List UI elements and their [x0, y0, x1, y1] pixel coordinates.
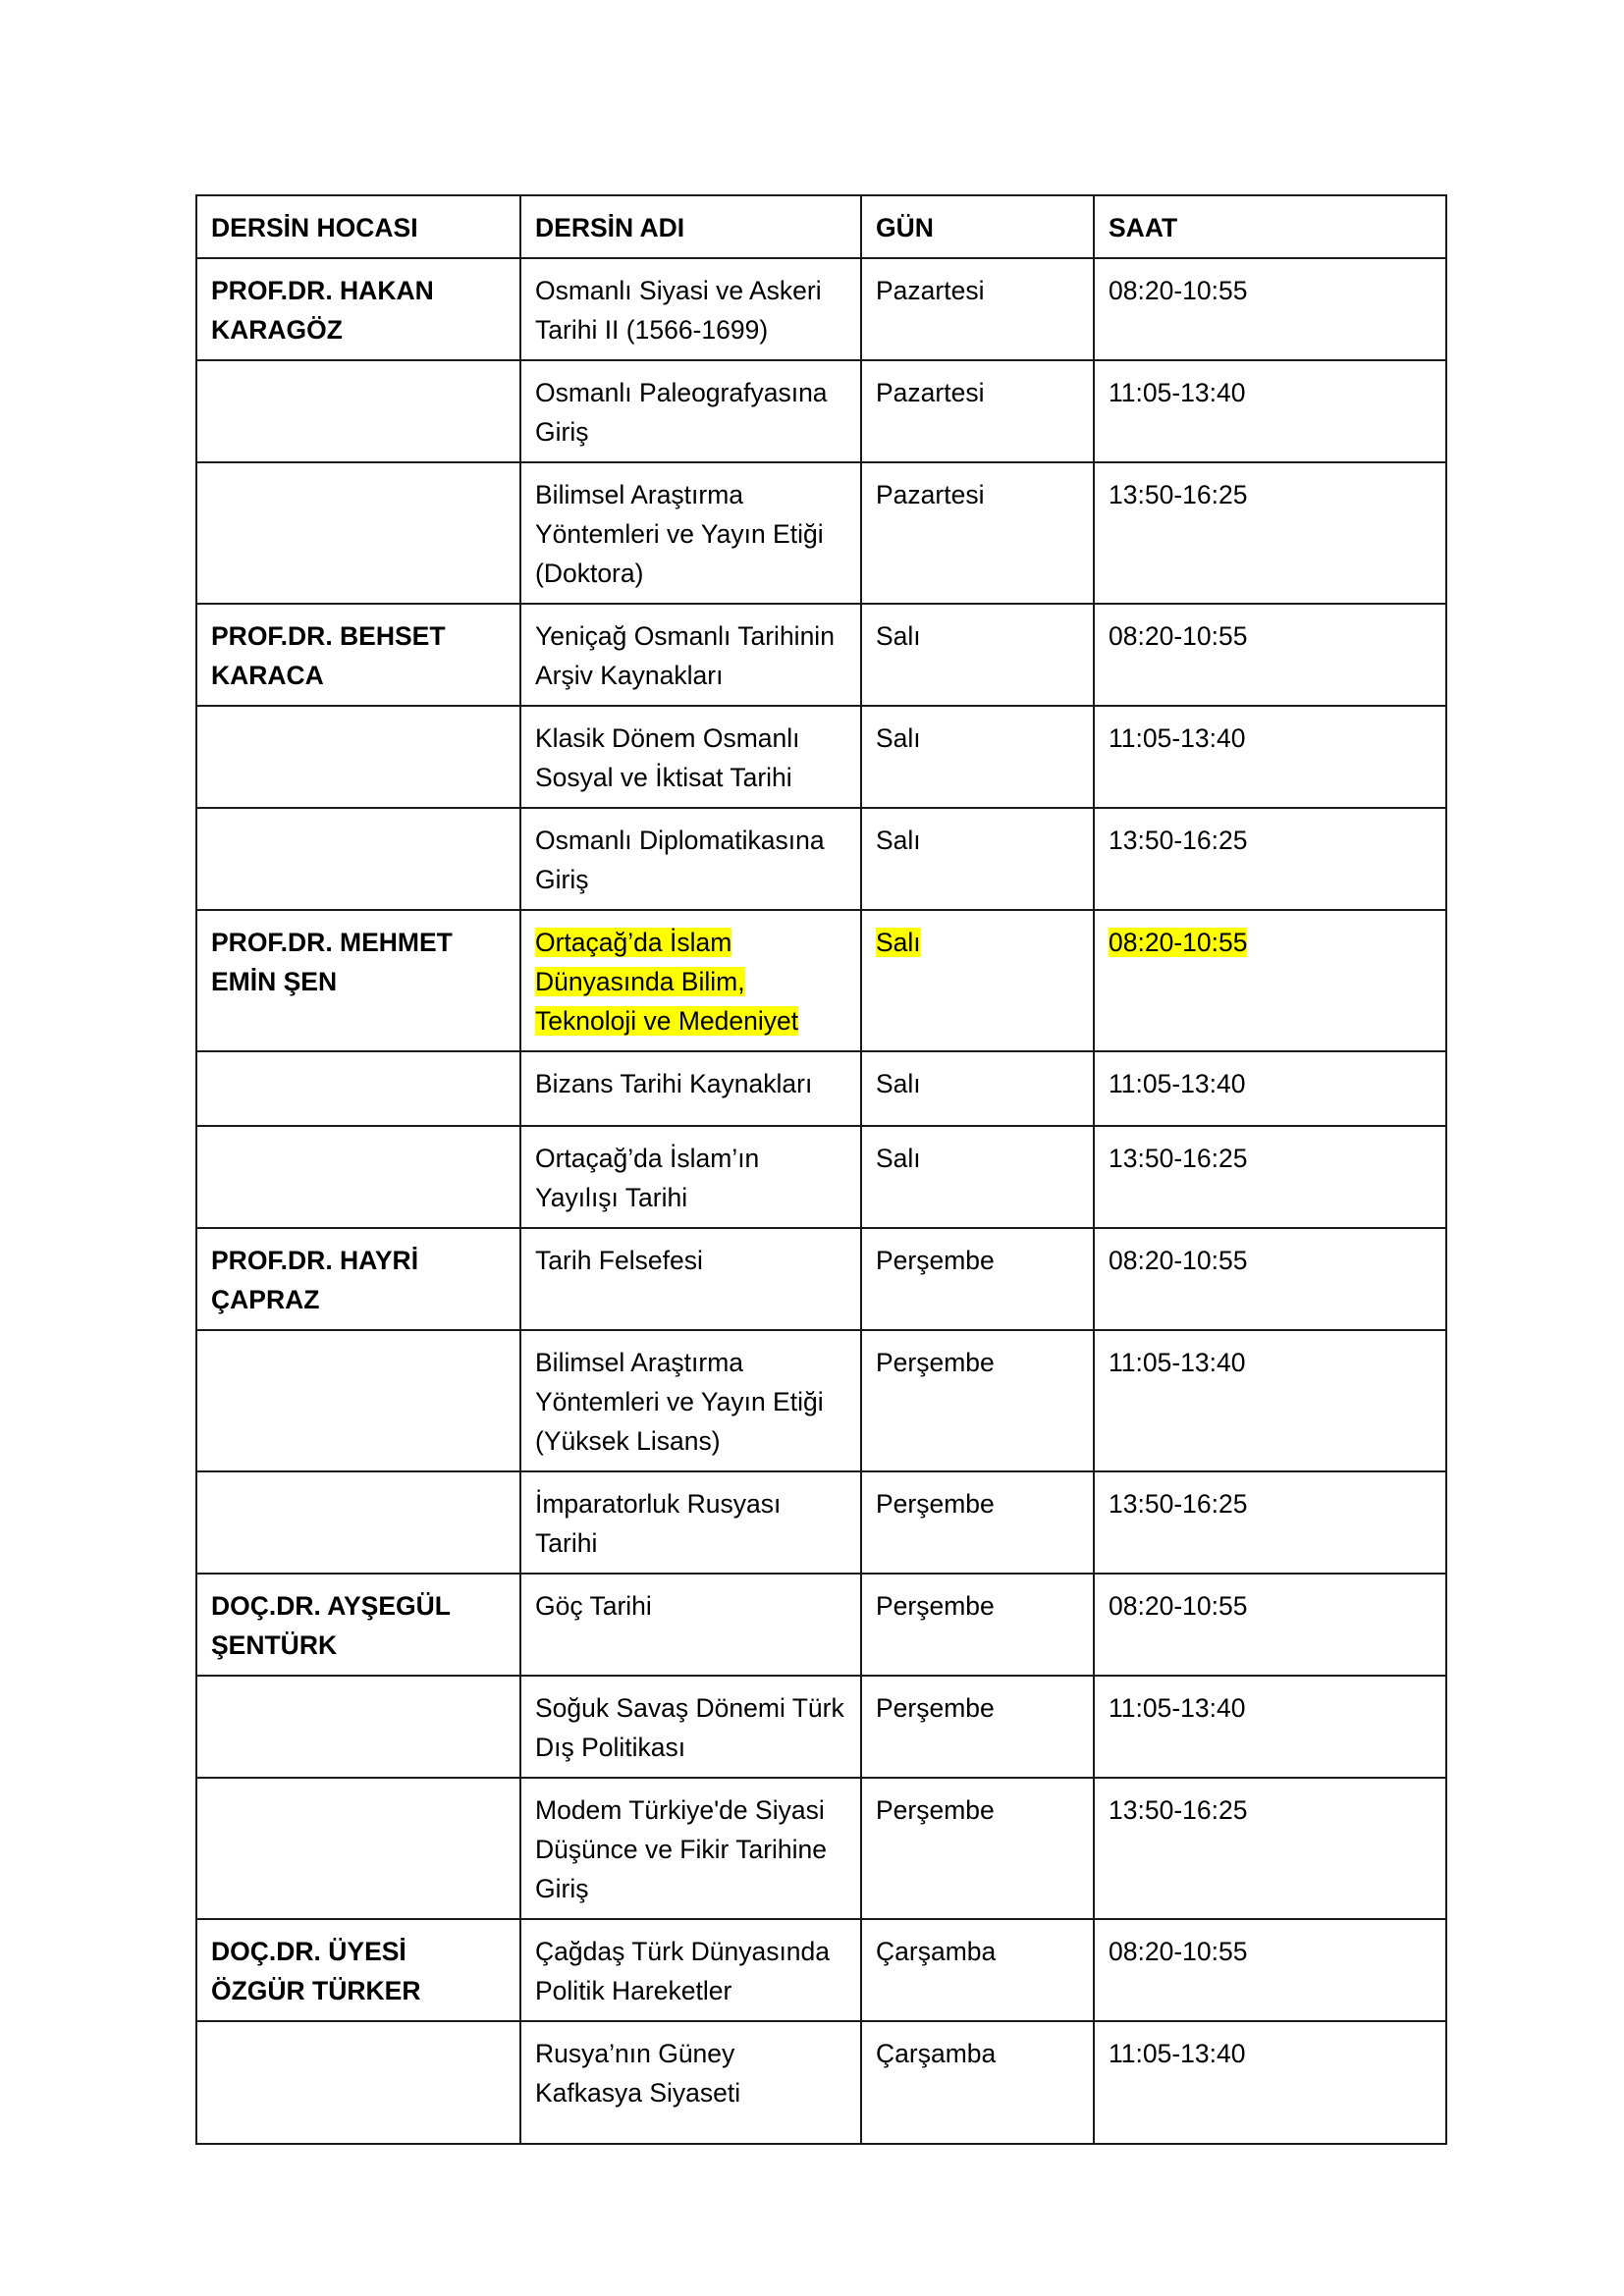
day-cell-text: Salı — [876, 1144, 921, 1173]
course-cell: Modem Türkiye'de Siyasi Düşünce ve Fikir… — [520, 1778, 861, 1919]
table-row: Bilimsel Araştırma Yöntemleri ve Yayın E… — [196, 462, 1446, 604]
time-cell-text: 11:05-13:40 — [1109, 1693, 1246, 1723]
day-cell: Salı — [861, 706, 1094, 808]
day-cell-text: Pazartesi — [876, 276, 984, 305]
instructor-cell — [196, 2021, 520, 2144]
course-cell: Osmanlı Paleografyasına Giriş — [520, 360, 861, 462]
day-cell-text: Çarşamba — [876, 2039, 996, 2068]
time-cell-text: 13:50-16:25 — [1109, 826, 1247, 855]
table-row: Modem Türkiye'de Siyasi Düşünce ve Fikir… — [196, 1778, 1446, 1919]
time-cell-text: 11:05-13:40 — [1109, 1348, 1246, 1377]
day-cell: Pazartesi — [861, 258, 1094, 360]
time-cell: 08:20-10:55 — [1094, 910, 1446, 1051]
instructor-cell-text: PROF.DR. HAYRİ ÇAPRAZ — [211, 1246, 418, 1314]
instructor-cell — [196, 808, 520, 910]
instructor-cell-text: DOÇ.DR. AYŞEGÜL ŞENTÜRK — [211, 1591, 450, 1660]
time-cell-text: 13:50-16:25 — [1109, 1795, 1247, 1825]
day-cell: Perşembe — [861, 1676, 1094, 1778]
day-cell: Çarşamba — [861, 1919, 1094, 2021]
day-cell: Perşembe — [861, 1228, 1094, 1330]
time-cell: 08:20-10:55 — [1094, 1574, 1446, 1676]
day-cell: Perşembe — [861, 1574, 1094, 1676]
day-cell-text: Perşembe — [876, 1591, 995, 1621]
table-row: Soğuk Savaş Dönemi Türk Dış PolitikasıPe… — [196, 1676, 1446, 1778]
instructor-cell-text: DOÇ.DR. ÜYESİ ÖZGÜR TÜRKER — [211, 1937, 420, 2005]
table-row: PROF.DR. HAYRİ ÇAPRAZTarih FelsefesiPerş… — [196, 1228, 1446, 1330]
course-cell-text: Soğuk Savaş Dönemi Türk Dış Politikası — [535, 1693, 844, 1762]
course-cell-text: Ortaçağ’da İslam’ın Yayılışı Tarihi — [535, 1144, 759, 1212]
table-row: Bizans Tarihi KaynaklarıSalı11:05-13:40 — [196, 1051, 1446, 1126]
day-cell-text: Perşembe — [876, 1693, 995, 1723]
day-cell-text: Perşembe — [876, 1795, 995, 1825]
course-cell-text: Bilimsel Araştırma Yöntemleri ve Yayın E… — [535, 480, 824, 588]
time-cell: 11:05-13:40 — [1094, 1051, 1446, 1126]
table-row: Osmanlı Paleografyasına GirişPazartesi11… — [196, 360, 1446, 462]
instructor-cell: PROF.DR. HAYRİ ÇAPRAZ — [196, 1228, 520, 1330]
course-cell: Çağdaş Türk Dünyasında Politik Hareketle… — [520, 1919, 861, 2021]
instructor-cell: PROF.DR. BEHSET KARACA — [196, 604, 520, 706]
course-cell: Osmanlı Diplomatikasına Giriş — [520, 808, 861, 910]
table-row: PROF.DR. HAKAN KARAGÖZOsmanlı Siyasi ve … — [196, 258, 1446, 360]
course-cell-text: Ortaçağ’da İslam Dünyasında Bilim, Tekno… — [535, 928, 798, 1036]
day-cell-text: Pazartesi — [876, 480, 984, 509]
instructor-cell — [196, 462, 520, 604]
table-header-row: DERSİN HOCASI DERSİN ADI GÜN SAAT — [196, 195, 1446, 258]
instructor-cell — [196, 1676, 520, 1778]
table-row: Klasik Dönem Osmanlı Sosyal ve İktisat T… — [196, 706, 1446, 808]
instructor-cell — [196, 1330, 520, 1471]
day-cell-text: Perşembe — [876, 1246, 995, 1275]
table-row: Ortaçağ’da İslam’ın Yayılışı TarihiSalı1… — [196, 1126, 1446, 1228]
day-cell-text: Pazartesi — [876, 378, 984, 407]
course-cell-text: İmparatorluk Rusyası Tarihi — [535, 1489, 781, 1558]
time-cell-text: 08:20-10:55 — [1109, 1591, 1247, 1621]
instructor-cell — [196, 1051, 520, 1126]
instructor-cell — [196, 360, 520, 462]
course-cell: Bilimsel Araştırma Yöntemleri ve Yayın E… — [520, 462, 861, 604]
time-cell-text: 11:05-13:40 — [1109, 723, 1246, 753]
course-cell: Bilimsel Araştırma Yöntemleri ve Yayın E… — [520, 1330, 861, 1471]
table-row: İmparatorluk Rusyası TarihiPerşembe13:50… — [196, 1471, 1446, 1574]
day-cell-text: Perşembe — [876, 1489, 995, 1519]
time-cell: 13:50-16:25 — [1094, 1471, 1446, 1574]
time-cell-text: 08:20-10:55 — [1109, 621, 1247, 651]
time-cell-text: 08:20-10:55 — [1109, 1937, 1247, 1966]
time-cell-text: 08:20-10:55 — [1109, 1246, 1247, 1275]
course-cell: Yeniçağ Osmanlı Tarihinin Arşiv Kaynakla… — [520, 604, 861, 706]
header-instructor: DERSİN HOCASI — [196, 195, 520, 258]
header-course: DERSİN ADI — [520, 195, 861, 258]
time-cell: 13:50-16:25 — [1094, 462, 1446, 604]
time-cell: 11:05-13:40 — [1094, 1330, 1446, 1471]
course-cell: Göç Tarihi — [520, 1574, 861, 1676]
table-row: PROF.DR. BEHSET KARACAYeniçağ Osmanlı Ta… — [196, 604, 1446, 706]
course-cell-text: Tarih Felsefesi — [535, 1246, 703, 1275]
day-cell: Salı — [861, 604, 1094, 706]
time-cell-text: 13:50-16:25 — [1109, 1489, 1247, 1519]
table-row: Rusya’nın Güney Kafkasya SiyasetiÇarşamb… — [196, 2021, 1446, 2144]
time-cell: 13:50-16:25 — [1094, 1126, 1446, 1228]
time-cell-text: 08:20-10:55 — [1109, 928, 1247, 957]
course-cell-text: Modem Türkiye'de Siyasi Düşünce ve Fikir… — [535, 1795, 827, 1903]
course-cell-text: Çağdaş Türk Dünyasında Politik Hareketle… — [535, 1937, 830, 2005]
course-cell: Klasik Dönem Osmanlı Sosyal ve İktisat T… — [520, 706, 861, 808]
course-cell: Rusya’nın Güney Kafkasya Siyaseti — [520, 2021, 861, 2144]
day-cell: Salı — [861, 1051, 1094, 1126]
day-cell-text: Salı — [876, 928, 921, 957]
day-cell: Salı — [861, 1126, 1094, 1228]
header-time: SAAT — [1094, 195, 1446, 258]
time-cell: 11:05-13:40 — [1094, 706, 1446, 808]
course-cell: Bizans Tarihi Kaynakları — [520, 1051, 861, 1126]
day-cell-text: Salı — [876, 621, 921, 651]
day-cell: Perşembe — [861, 1330, 1094, 1471]
table-row: DOÇ.DR. ÜYESİ ÖZGÜR TÜRKERÇağdaş Türk Dü… — [196, 1919, 1446, 2021]
time-cell: 13:50-16:25 — [1094, 1778, 1446, 1919]
instructor-cell-text: PROF.DR. HAKAN KARAGÖZ — [211, 276, 434, 345]
day-cell-text: Salı — [876, 826, 921, 855]
day-cell: Pazartesi — [861, 360, 1094, 462]
course-cell: Ortaçağ’da İslam Dünyasında Bilim, Tekno… — [520, 910, 861, 1051]
course-cell: İmparatorluk Rusyası Tarihi — [520, 1471, 861, 1574]
course-cell-text: Klasik Dönem Osmanlı Sosyal ve İktisat T… — [535, 723, 800, 792]
course-cell: Osmanlı Siyasi ve Askeri Tarihi II (1566… — [520, 258, 861, 360]
instructor-cell: PROF.DR. HAKAN KARAGÖZ — [196, 258, 520, 360]
time-cell-text: 08:20-10:55 — [1109, 276, 1247, 305]
day-cell: Perşembe — [861, 1778, 1094, 1919]
instructor-cell — [196, 1778, 520, 1919]
time-cell-text: 13:50-16:25 — [1109, 1144, 1247, 1173]
time-cell-text: 11:05-13:40 — [1109, 1069, 1246, 1098]
day-cell-text: Çarşamba — [876, 1937, 996, 1966]
time-cell: 08:20-10:55 — [1094, 1919, 1446, 2021]
course-cell-text: Osmanlı Diplomatikasına Giriş — [535, 826, 825, 894]
day-cell-text: Salı — [876, 723, 921, 753]
day-cell: Pazartesi — [861, 462, 1094, 604]
header-day: GÜN — [861, 195, 1094, 258]
instructor-cell: PROF.DR. MEHMET EMİN ŞEN — [196, 910, 520, 1051]
table-row: DOÇ.DR. AYŞEGÜL ŞENTÜRKGöç TarihiPerşemb… — [196, 1574, 1446, 1676]
time-cell: 11:05-13:40 — [1094, 2021, 1446, 2144]
instructor-cell: DOÇ.DR. AYŞEGÜL ŞENTÜRK — [196, 1574, 520, 1676]
time-cell: 11:05-13:40 — [1094, 1676, 1446, 1778]
time-cell: 08:20-10:55 — [1094, 1228, 1446, 1330]
course-cell-text: Göç Tarihi — [535, 1591, 652, 1621]
course-schedule-table: DERSİN HOCASI DERSİN ADI GÜN SAAT PROF.D… — [195, 194, 1447, 2145]
table-row: PROF.DR. MEHMET EMİN ŞENOrtaçağ’da İslam… — [196, 910, 1446, 1051]
time-cell-text: 11:05-13:40 — [1109, 2039, 1246, 2068]
table-row: Bilimsel Araştırma Yöntemleri ve Yayın E… — [196, 1330, 1446, 1471]
course-cell-text: Yeniçağ Osmanlı Tarihinin Arşiv Kaynakla… — [535, 621, 835, 690]
course-cell-text: Bilimsel Araştırma Yöntemleri ve Yayın E… — [535, 1348, 824, 1456]
time-cell-text: 13:50-16:25 — [1109, 480, 1247, 509]
day-cell: Salı — [861, 808, 1094, 910]
time-cell: 08:20-10:55 — [1094, 604, 1446, 706]
table-row: Osmanlı Diplomatikasına GirişSalı13:50-1… — [196, 808, 1446, 910]
time-cell: 11:05-13:40 — [1094, 360, 1446, 462]
time-cell: 13:50-16:25 — [1094, 808, 1446, 910]
time-cell-text: 11:05-13:40 — [1109, 378, 1246, 407]
course-cell: Tarih Felsefesi — [520, 1228, 861, 1330]
course-cell-text: Rusya’nın Güney Kafkasya Siyaseti — [535, 2039, 740, 2108]
course-cell-text: Bizans Tarihi Kaynakları — [535, 1069, 812, 1098]
course-cell-text: Osmanlı Paleografyasına Giriş — [535, 378, 828, 447]
instructor-cell — [196, 1126, 520, 1228]
day-cell: Salı — [861, 910, 1094, 1051]
course-cell: Ortaçağ’da İslam’ın Yayılışı Tarihi — [520, 1126, 861, 1228]
instructor-cell-text: PROF.DR. MEHMET EMİN ŞEN — [211, 928, 453, 996]
instructor-cell — [196, 1471, 520, 1574]
instructor-cell — [196, 706, 520, 808]
day-cell: Perşembe — [861, 1471, 1094, 1574]
day-cell-text: Perşembe — [876, 1348, 995, 1377]
instructor-cell-text: PROF.DR. BEHSET KARACA — [211, 621, 446, 690]
course-cell: Soğuk Savaş Dönemi Türk Dış Politikası — [520, 1676, 861, 1778]
time-cell: 08:20-10:55 — [1094, 258, 1446, 360]
day-cell-text: Salı — [876, 1069, 921, 1098]
instructor-cell: DOÇ.DR. ÜYESİ ÖZGÜR TÜRKER — [196, 1919, 520, 2021]
course-cell-text: Osmanlı Siyasi ve Askeri Tarihi II (1566… — [535, 276, 822, 345]
day-cell: Çarşamba — [861, 2021, 1094, 2144]
